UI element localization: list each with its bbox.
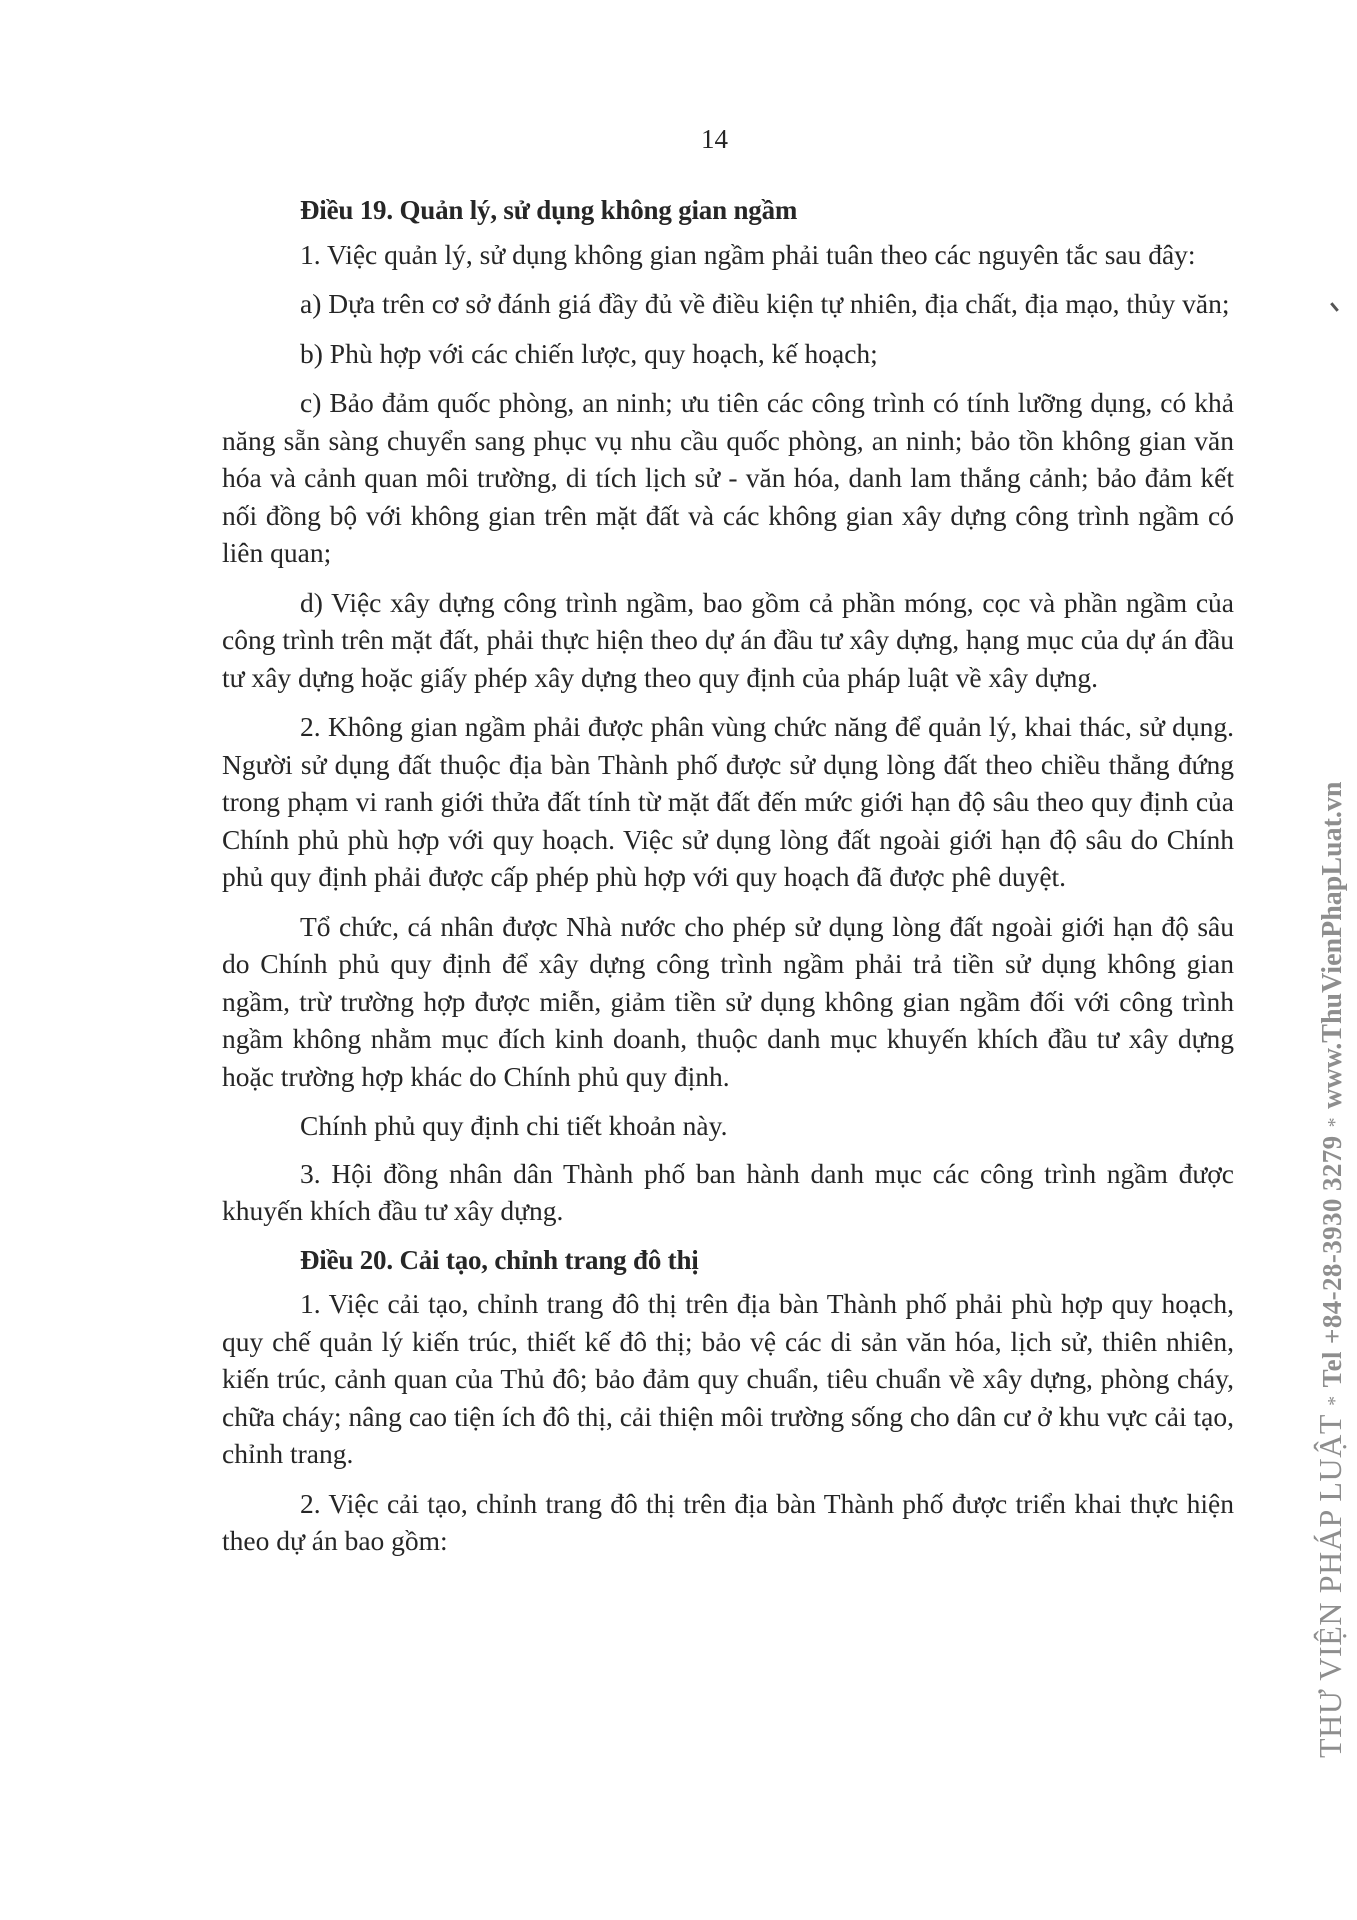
article-19-heading: Điều 19. Quản lý, sử dụng không gian ngầ… — [222, 192, 1234, 230]
article-19: Điều 19. Quản lý, sử dụng không gian ngầ… — [222, 192, 1234, 1230]
article-20-clause-1: 1. Việc cải tạo, chỉnh trang đô thị trên… — [222, 1285, 1234, 1473]
article-19-point-d: d) Việc xây dựng công trình ngầm, bao gồ… — [222, 584, 1234, 697]
vertical-watermark: THƯ VIỆN PHÁP LUẬT*Tel +84-28-3930 3279*… — [1312, 782, 1349, 1758]
article-19-point-a: a) Dựa trên cơ sở đánh giá đầy đủ về điề… — [222, 285, 1234, 323]
article-20: Điều 20. Cải tạo, chỉnh trang đô thị 1. … — [222, 1242, 1234, 1560]
article-19-clause-2-detail: Chính phủ quy định chi tiết khoản này. — [222, 1107, 1234, 1145]
document-body: Điều 19. Quản lý, sử dụng không gian ngầ… — [222, 192, 1234, 1572]
article-19-clause-2-fee: Tổ chức, cá nhân được Nhà nước cho phép … — [222, 908, 1234, 1096]
watermark-separator: * — [1324, 1109, 1346, 1136]
page-number: 14 — [0, 124, 1357, 155]
article-19-point-c: c) Bảo đảm quốc phòng, an ninh; ưu tiên … — [222, 384, 1234, 572]
article-19-clause-2: 2. Không gian ngầm phải được phân vùng c… — [222, 708, 1234, 896]
watermark-site: www.ThuVienPhapLuat.vn — [1317, 782, 1348, 1109]
article-19-point-b: b) Phù hợp với các chiến lược, quy hoạch… — [222, 335, 1234, 373]
article-20-clause-2: 2. Việc cải tạo, chỉnh trang đô thị trên… — [222, 1485, 1234, 1560]
article-20-heading: Điều 20. Cải tạo, chỉnh trang đô thị — [222, 1242, 1234, 1280]
article-19-clause-1: 1. Việc quản lý, sử dụng không gian ngầm… — [222, 236, 1234, 274]
watermark-brand: THƯ VIỆN PHÁP LUẬT — [1312, 1414, 1348, 1758]
watermark-tel: Tel +84-28-3930 3279 — [1317, 1135, 1347, 1387]
article-19-clause-3: 3. Hội đồng nhân dân Thành phố ban hành … — [222, 1155, 1234, 1230]
scan-artifact-mark — [1330, 302, 1339, 312]
watermark-separator: * — [1324, 1387, 1346, 1414]
